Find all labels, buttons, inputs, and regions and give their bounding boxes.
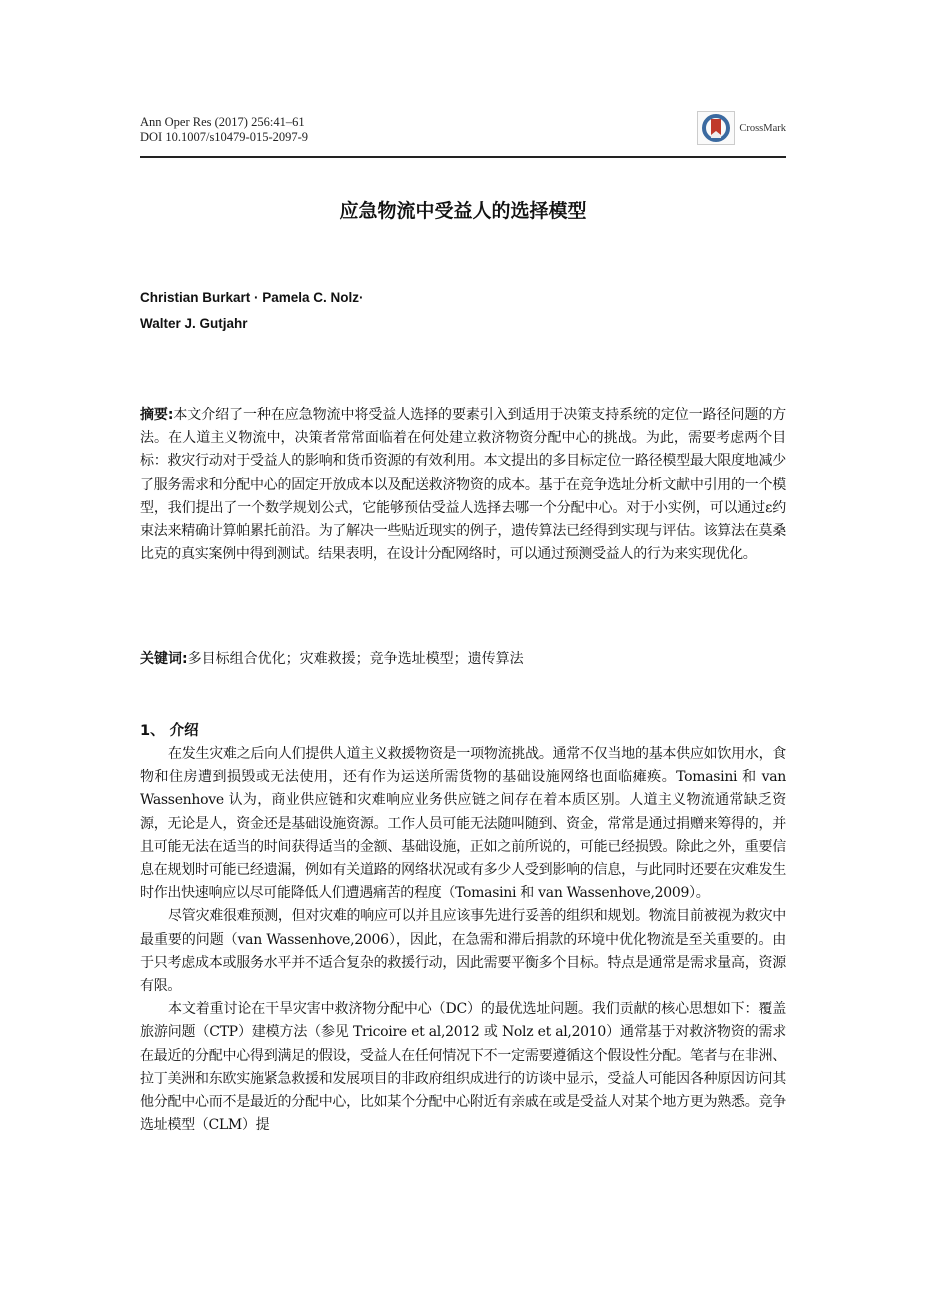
crossmark-label: CrossMark bbox=[739, 123, 786, 134]
section-heading-introduction: 1、 介绍 bbox=[140, 720, 199, 742]
crossmark-icon bbox=[697, 111, 735, 145]
authors-line-2: Walter J. Gutjahr bbox=[140, 311, 364, 337]
journal-header: Ann Oper Res (2017) 256:41–61 DOI 10.100… bbox=[140, 115, 786, 159]
keywords-text: 多目标组合优化；灾难救援；竞争选址模型；遗传算法 bbox=[188, 651, 524, 667]
abstract: 摘要:本文介绍了一种在应急物流中将受益人选择的要素引入到适用于决策支持系统的定位… bbox=[140, 404, 786, 566]
authors-line-1: Christian Burkart · Pamela C. Nolz· bbox=[140, 285, 364, 311]
paper-title: 应急物流中受益人的选择模型 bbox=[140, 198, 786, 224]
keywords-label: 关键词: bbox=[140, 651, 188, 667]
paragraph: 在发生灾难之后向人们提供人道主义救援物资是一项物流挑战。通常不仅当地的基本供应如… bbox=[140, 743, 786, 905]
author-list: Christian Burkart · Pamela C. Nolz· Walt… bbox=[140, 285, 364, 337]
keywords: 关键词:多目标组合优化；灾难救援；竞争选址模型；遗传算法 bbox=[140, 648, 524, 671]
header-rule bbox=[140, 156, 786, 158]
abstract-label: 摘要: bbox=[140, 407, 173, 423]
journal-citation: Ann Oper Res (2017) 256:41–61 bbox=[140, 115, 786, 130]
crossmark-badge[interactable]: CrossMark bbox=[697, 111, 786, 145]
abstract-text: 本文介绍了一种在应急物流中将受益人选择的要素引入到适用于决策支持系统的定位一路径… bbox=[140, 407, 786, 562]
paragraph: 本文着重讨论在干旱灾害中救济物分配中心（DC）的最优选址问题。我们贡献的核心思想… bbox=[140, 998, 786, 1137]
introduction-body: 在发生灾难之后向人们提供人道主义救援物资是一项物流挑战。通常不仅当地的基本供应如… bbox=[140, 743, 786, 1137]
paragraph: 尽管灾难很难预测，但对灾难的响应可以并且应该事先进行妥善的组织和规划。物流目前被… bbox=[140, 905, 786, 998]
doi[interactable]: DOI 10.1007/s10479-015-2097-9 bbox=[140, 130, 786, 145]
document-page: Ann Oper Res (2017) 256:41–61 DOI 10.100… bbox=[0, 0, 926, 1309]
